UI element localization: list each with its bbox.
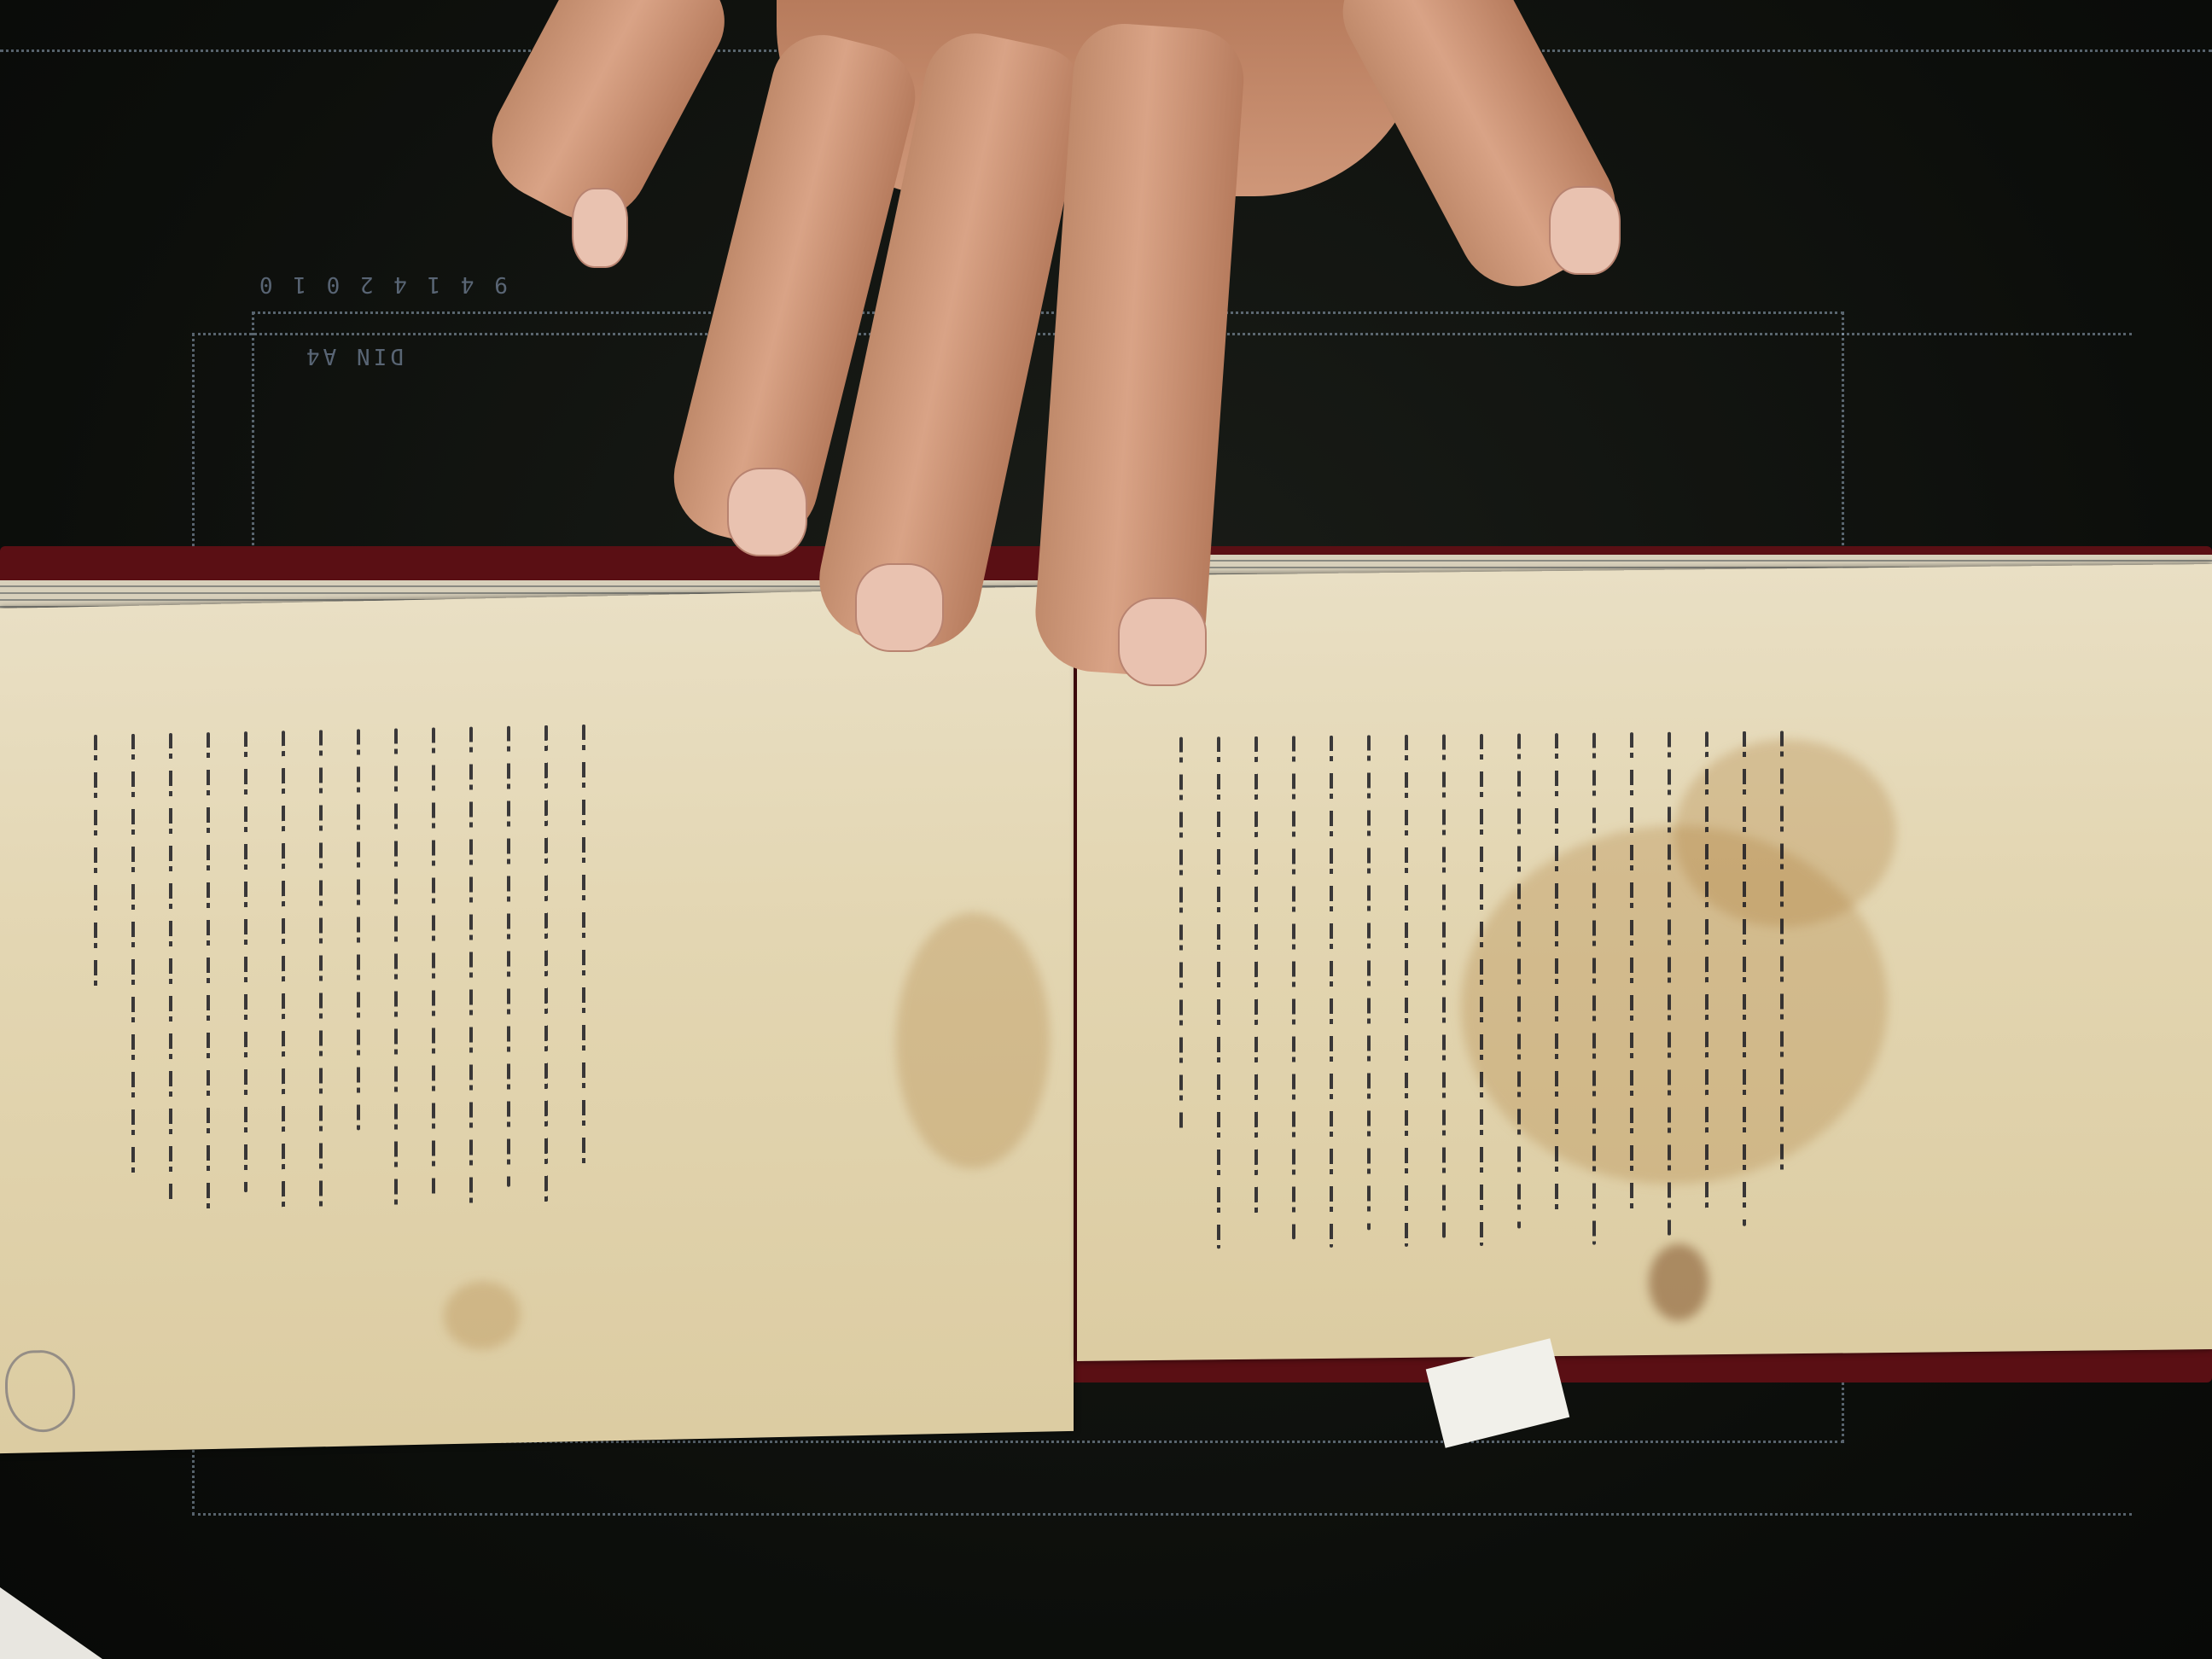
text-line (1517, 734, 1521, 1229)
text-line (169, 733, 172, 1202)
text-line (469, 727, 473, 1205)
text-line (94, 735, 97, 991)
text-line (544, 725, 548, 1203)
text-line (1292, 736, 1295, 1239)
text-line (1217, 736, 1220, 1249)
text-line (244, 731, 247, 1192)
right-page-text (1162, 731, 1801, 1249)
text-line (394, 728, 398, 1206)
text-line (1405, 735, 1408, 1247)
text-line (1367, 735, 1371, 1230)
left-page-text (77, 724, 602, 1213)
text-line (432, 727, 435, 1196)
text-line (1743, 731, 1746, 1226)
stain (1649, 1243, 1708, 1321)
fingernail (1118, 597, 1207, 686)
text-line (507, 726, 510, 1187)
text-line (357, 729, 360, 1130)
fingernail (1549, 186, 1621, 275)
text-line (207, 732, 210, 1210)
text-line (1592, 733, 1596, 1245)
fingernail (727, 468, 807, 556)
pencil-sketch (5, 1349, 75, 1433)
fingernail (572, 188, 628, 268)
stain (444, 1280, 521, 1350)
text-line (1780, 731, 1784, 1174)
text-line (282, 731, 285, 1208)
text-line (131, 734, 135, 1178)
stain (896, 911, 1050, 1170)
text-line (1668, 732, 1671, 1236)
text-line (1705, 731, 1708, 1209)
fingernail (855, 563, 944, 652)
text-line (1254, 736, 1258, 1223)
text-line (1330, 736, 1333, 1248)
text-line (582, 725, 585, 1168)
right-page (1077, 564, 2212, 1361)
text-line (1555, 733, 1558, 1211)
text-line (1480, 734, 1483, 1246)
left-page (0, 586, 1074, 1453)
text-line (319, 730, 323, 1208)
text-line (1630, 732, 1633, 1219)
mat-marking-serial: 9 4 1 4 2 0 1 0 (256, 271, 508, 297)
hand (580, 0, 1639, 683)
text-line (1442, 734, 1446, 1237)
mat-marking-size: DIN A4 (303, 343, 404, 369)
text-line (1179, 737, 1183, 1130)
